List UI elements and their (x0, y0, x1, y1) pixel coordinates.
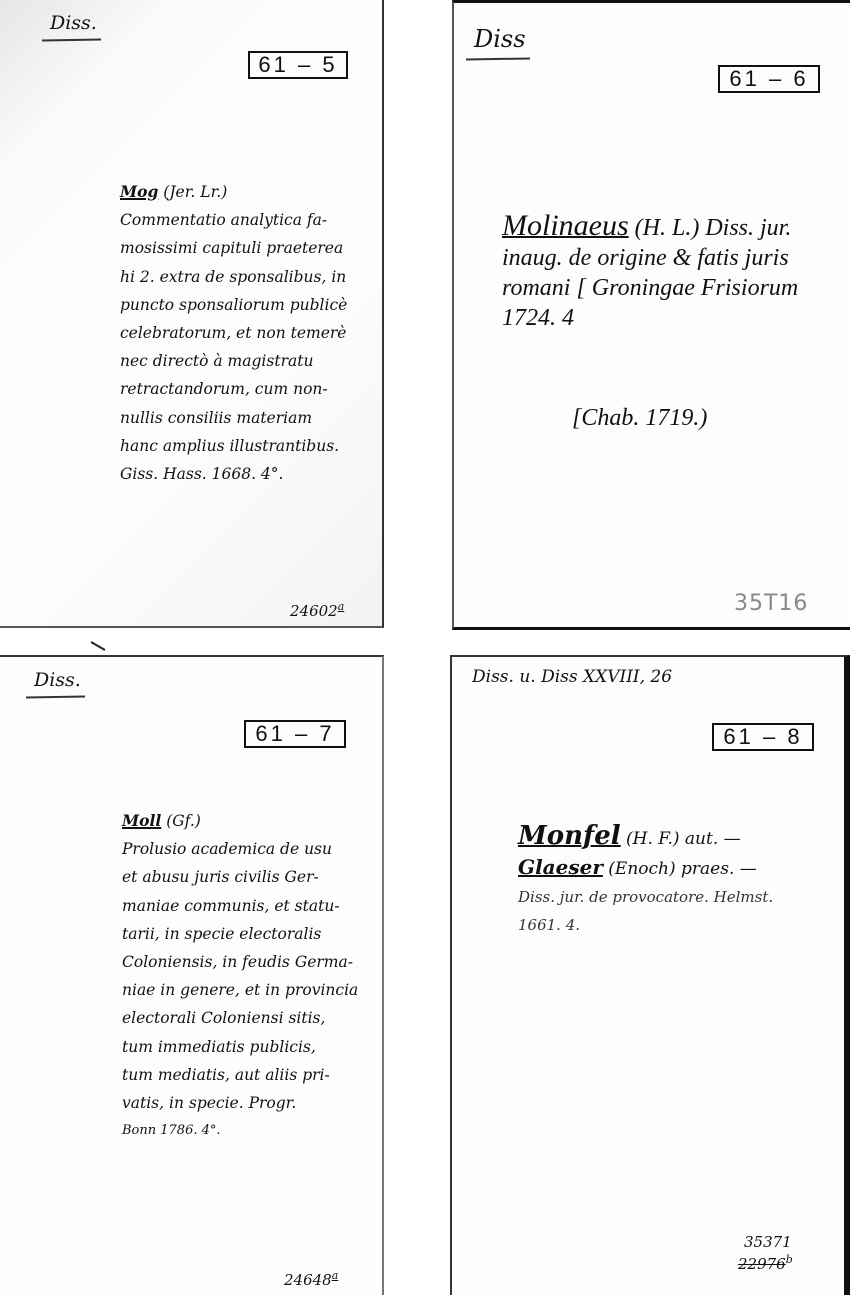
pencil-note: 35T16 (734, 591, 808, 616)
title-line: retractandorum, cum non- (120, 375, 385, 403)
author-name: Moll (122, 811, 161, 830)
author-initials: (H. L.) (635, 215, 700, 241)
bibliographic-entry: Moll (Gf.) Prolusio academica de usu et … (122, 807, 387, 1145)
old-accession-number: 22976b (738, 1253, 793, 1273)
entry-heading: Mog (Jer. Lr.) (120, 178, 385, 206)
shelf-mark-text: Diss. (34, 669, 81, 691)
shelf-mark-underline (466, 57, 530, 60)
catalog-card-61-6: Diss 61 – 6 Molinaeus (H. L.) Diss. jur.… (452, 0, 850, 630)
shelf-mark-text: Diss. (50, 12, 97, 34)
imprint-line: Bonn 1786. 4°. (122, 1117, 387, 1145)
co-author-name: Glaeser (518, 855, 603, 879)
shelf-mark-underline (42, 38, 101, 41)
author-name: Mog (120, 182, 158, 201)
shelf-mark: Diss. (50, 12, 97, 34)
accession-suffix: a (332, 1269, 339, 1282)
author-name: Monfel (518, 821, 621, 851)
title-line: tum mediatis, aut aliis pri- (122, 1061, 387, 1089)
call-number-box: 61 – 8 (712, 723, 814, 751)
shelf-mark: Diss. (34, 669, 81, 691)
call-number-box: 61 – 7 (244, 720, 346, 748)
imprint-line: 1724. 4 (502, 303, 850, 333)
title-line: Commentatio analytica fa- (120, 206, 385, 234)
shelf-mark: Diss (474, 25, 526, 53)
entry-heading: Monfel (H. F.) aut. — (518, 822, 848, 853)
shelf-mark: Diss. u. Diss XXVIII, 26 (472, 667, 672, 687)
title-line: maniae communis, et statu- (122, 892, 387, 920)
accession-number-text: 24648 (284, 1271, 332, 1289)
title-line: hi 2. extra de sponsalibus, in (120, 263, 385, 291)
co-author-initials: (Enoch) praes. — (608, 859, 756, 879)
title-line: niae in genere, et in provincia (122, 976, 387, 1004)
title-line: mosissimi capituli praeterea (120, 234, 385, 262)
title-line: Coloniensis, in feudis Germa- (122, 948, 387, 976)
shelf-mark-text: Diss (474, 25, 526, 53)
author-initials: (H. F.) aut. — (626, 829, 741, 849)
stray-pen-mark (91, 641, 106, 651)
old-accession-number-text: 22976 (738, 1255, 786, 1273)
shelf-mark-text: Diss. u. Diss XXVIII, 26 (472, 667, 672, 687)
card-note: [Chab. 1719.) (572, 403, 707, 433)
catalog-card-61-7: Diss. 61 – 7 Moll (Gf.) Prolusio academi… (0, 655, 384, 1295)
entry-heading: Molinaeus (H. L.) Diss. jur. (502, 211, 850, 243)
title-line: electorali Coloniensi sitis, (122, 1004, 387, 1032)
bibliographic-entry: Molinaeus (H. L.) Diss. jur. inaug. de o… (502, 211, 850, 333)
title-line: hanc amplius illustrantibus. (120, 432, 385, 460)
accession-number: 24602a (290, 600, 344, 620)
bibliographic-entry: Mog (Jer. Lr.) Commentatio analytica fa-… (120, 178, 385, 488)
accession-number-text: 24602 (290, 602, 338, 620)
author-initials: (Jer. Lr.) (163, 183, 227, 201)
title-line: celebratorum, et non temerè (120, 319, 385, 347)
accession-suffix: a (338, 600, 345, 613)
title-line: tum immediatis publicis, (122, 1033, 387, 1061)
title-line: Diss. jur. (705, 215, 791, 241)
title-line: inaug. de origine & fatis juris (502, 243, 850, 273)
call-number-box: 61 – 5 (248, 51, 348, 79)
title-line: Prolusio academica de usu (122, 835, 387, 863)
author-name: Molinaeus (502, 209, 629, 242)
title-line: Diss. jur. de provocatore. Helmst. (518, 883, 848, 911)
shelf-mark-underline (26, 695, 85, 698)
title-line: romani [ Groningae Frisiorum (502, 273, 850, 303)
catalog-card-61-5: Diss. 61 – 5 Mog (Jer. Lr.) Commentatio … (0, 0, 384, 628)
title-line: vatis, in specie. Progr. (122, 1089, 387, 1117)
old-accession-suffix: b (786, 1253, 793, 1266)
author-initials: (Gf.) (166, 812, 201, 830)
bibliographic-entry: Monfel (H. F.) aut. — Glaeser (Enoch) pr… (518, 822, 848, 939)
accession-number: 35371 (744, 1233, 792, 1251)
catalog-card-61-8: Diss. u. Diss XXVIII, 26 61 – 8 Monfel (… (450, 655, 850, 1295)
accession-number: 24648a (284, 1269, 338, 1289)
entry-heading: Moll (Gf.) (122, 807, 387, 835)
title-line: nec directò à magistratu (120, 347, 385, 375)
co-author-heading: Glaeser (Enoch) praes. — (518, 853, 848, 883)
title-line: tarii, in specie electoralis (122, 920, 387, 948)
title-line: puncto sponsaliorum publicè (120, 291, 385, 319)
imprint-line: 1661. 4. (518, 911, 848, 939)
call-number-box: 61 – 6 (718, 65, 820, 93)
title-line: nullis consiliis materiam (120, 404, 385, 432)
imprint-line: Giss. Hass. 1668. 4°. (120, 460, 385, 488)
title-line: et abusu juris civilis Ger- (122, 863, 387, 891)
